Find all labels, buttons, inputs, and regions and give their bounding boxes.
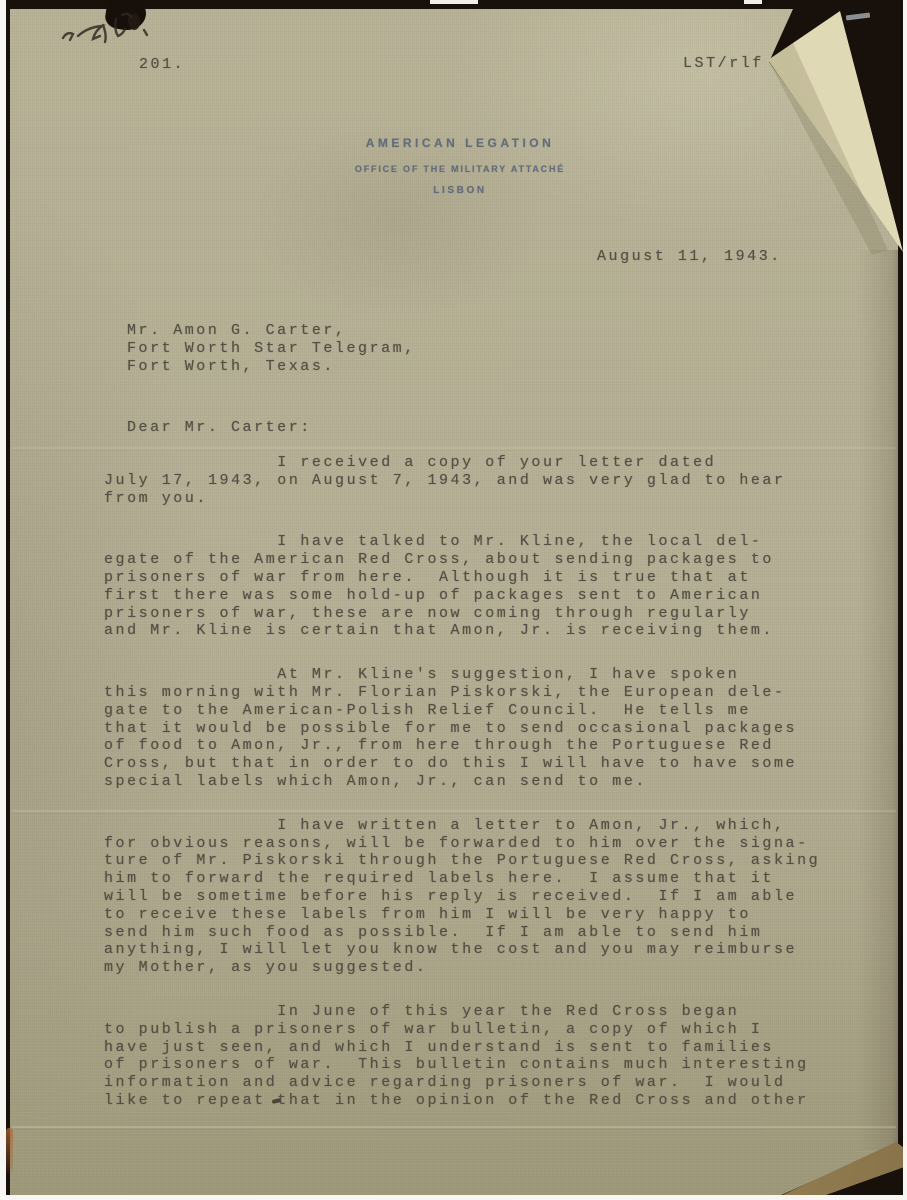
body-line: information and advice regarding prisone… (104, 1074, 820, 1092)
letterhead-organization: AMERICAN LEGATION (260, 136, 660, 150)
scan-artifact (430, 0, 478, 4)
paragraph: At Mr. Kline's suggestion, I have spoken… (104, 666, 820, 791)
paper-edge-shadow (858, 250, 898, 1150)
page-number: 201. (139, 56, 185, 74)
body-line: I have talked to Mr. Kline, the local de… (104, 533, 820, 551)
letter-body: I received a copy of your letter datedJu… (104, 454, 820, 1136)
body-line: first there was some hold-up of packages… (104, 587, 820, 605)
letter-date: August 11, 1943. (597, 248, 782, 266)
body-line: for obvious reasons, will be forwarded t… (104, 835, 820, 853)
body-line: ture of Mr. Piskorski through the Portug… (104, 852, 820, 870)
body-line: and Mr. Kline is certain that Amon, Jr. … (104, 622, 820, 640)
body-line: my Mother, as you suggested. (104, 959, 820, 977)
body-line: him to forward the required labels here.… (104, 870, 820, 888)
fold-crease (12, 447, 896, 451)
body-line: I have written a letter to Amon, Jr., wh… (104, 817, 820, 835)
scan-border (0, 0, 6, 1200)
scan-artifact (6, 1128, 13, 1176)
salutation: Dear Mr. Carter: (127, 419, 312, 437)
scan-artifact (744, 0, 762, 4)
body-line: July 17, 1943, on August 7, 1943, and wa… (104, 472, 820, 490)
body-line: to publish a prisoners of war bulletin, … (104, 1021, 820, 1039)
paragraph: In June of this year the Red Cross began… (104, 1003, 820, 1110)
body-line: like to repeat that in the opinion of th… (104, 1092, 820, 1110)
body-line: of prisoners of war. This bulletin conta… (104, 1056, 820, 1074)
handwritten-mark (56, 6, 182, 52)
letterhead-city: LISBON (260, 185, 660, 196)
paragraph: I received a copy of your letter datedJu… (104, 454, 820, 507)
body-line: In June of this year the Red Cross began (104, 1003, 820, 1021)
body-line: to receive these labels from him I will … (104, 906, 820, 924)
body-line: will be sometime before his reply is rec… (104, 888, 820, 906)
recipient-line: Mr. Amon G. Carter, (127, 322, 416, 340)
body-line: have just seen, and which I understand i… (104, 1039, 820, 1057)
paragraph: I have written a letter to Amon, Jr., wh… (104, 817, 820, 977)
body-line: this morning with Mr. Florian Piskorski,… (104, 684, 820, 702)
recipient-line: Fort Worth Star Telegram, (127, 340, 416, 358)
body-line: special labels which Amon, Jr., can send… (104, 773, 820, 791)
body-line: prisoners of war, these are now coming t… (104, 605, 820, 623)
recipient-block: Mr. Amon G. Carter,Fort Worth Star Teleg… (127, 322, 416, 375)
body-line: prisoners of war from here. Although it … (104, 569, 820, 587)
body-line: send him such food as possible. If I am … (104, 924, 820, 942)
body-line: egate of the American Red Cross, about s… (104, 551, 820, 569)
recipient-line: Fort Worth, Texas. (127, 358, 416, 376)
scan-artifact (846, 13, 870, 21)
body-line: gate to the American-Polish Relief Counc… (104, 702, 820, 720)
body-line: At Mr. Kline's suggestion, I have spoken (104, 666, 820, 684)
typist-reference: LST/rlf (683, 55, 764, 73)
body-line: from you. (104, 490, 820, 508)
body-line: Cross, but that in order to do this I wi… (104, 755, 820, 773)
body-line: anything, I will let you know the cost a… (104, 941, 820, 959)
scanned-letter: 201. LST/rlf AMERICAN LEGATION OFFICE OF… (0, 0, 907, 1200)
letterhead: AMERICAN LEGATION OFFICE OF THE MILITARY… (260, 136, 660, 196)
body-line: of food to Amon, Jr., from here through … (104, 737, 820, 755)
body-line: that it would be possible for me to send… (104, 720, 820, 738)
scan-border (0, 1195, 907, 1200)
paragraph: I have talked to Mr. Kline, the local de… (104, 533, 820, 640)
body-line: I received a copy of your letter dated (104, 454, 820, 472)
scan-border (903, 0, 907, 1200)
letterhead-office: OFFICE OF THE MILITARY ATTACHÉ (260, 164, 660, 174)
